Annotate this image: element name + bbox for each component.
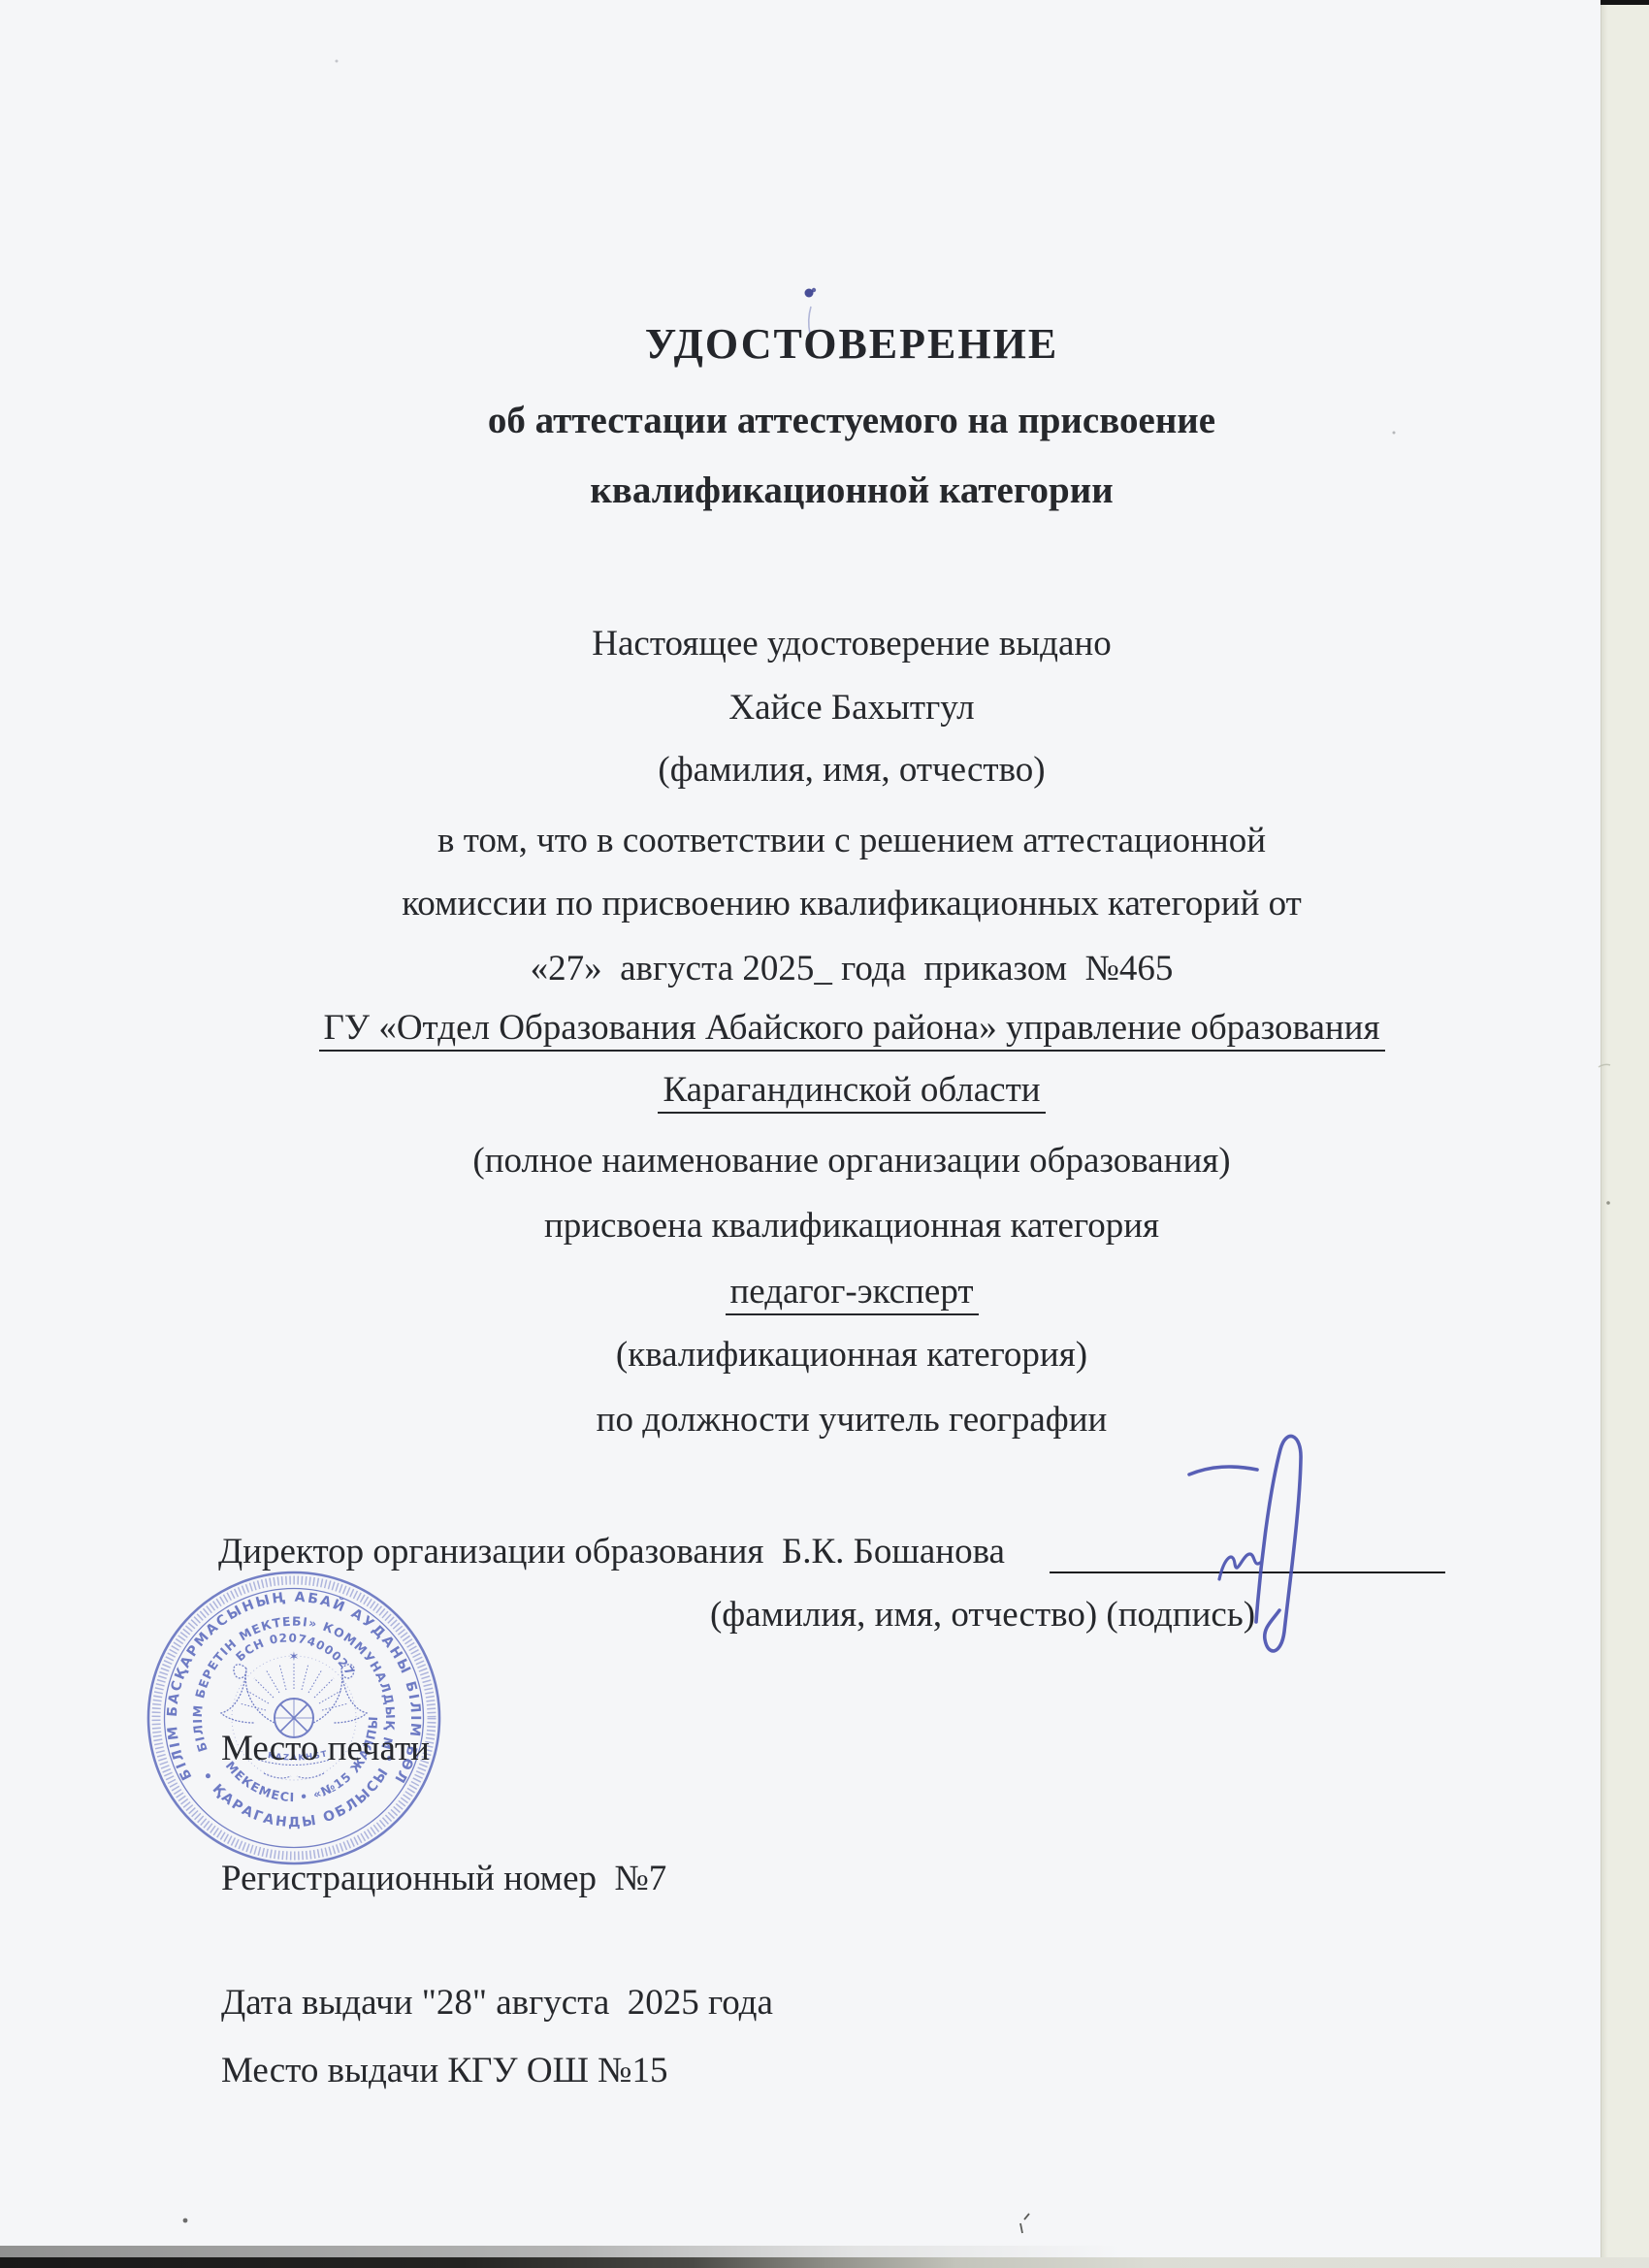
- director-signature: [1154, 1416, 1329, 1669]
- scan-specks: [0, 0, 1649, 2268]
- school-stamp: ✶ БІЛІМ БАСҚАРМАСЫНЫҢ АБАЙ АУДАНЫ БІЛІМ …: [144, 1568, 444, 1868]
- place-of-seal-label: Место печати: [221, 1728, 430, 1769]
- stamp-star: ✶: [289, 1650, 300, 1665]
- certificate-page: УДОСТОВЕРЕНИЕ об аттестации аттестуемого…: [0, 0, 1649, 2268]
